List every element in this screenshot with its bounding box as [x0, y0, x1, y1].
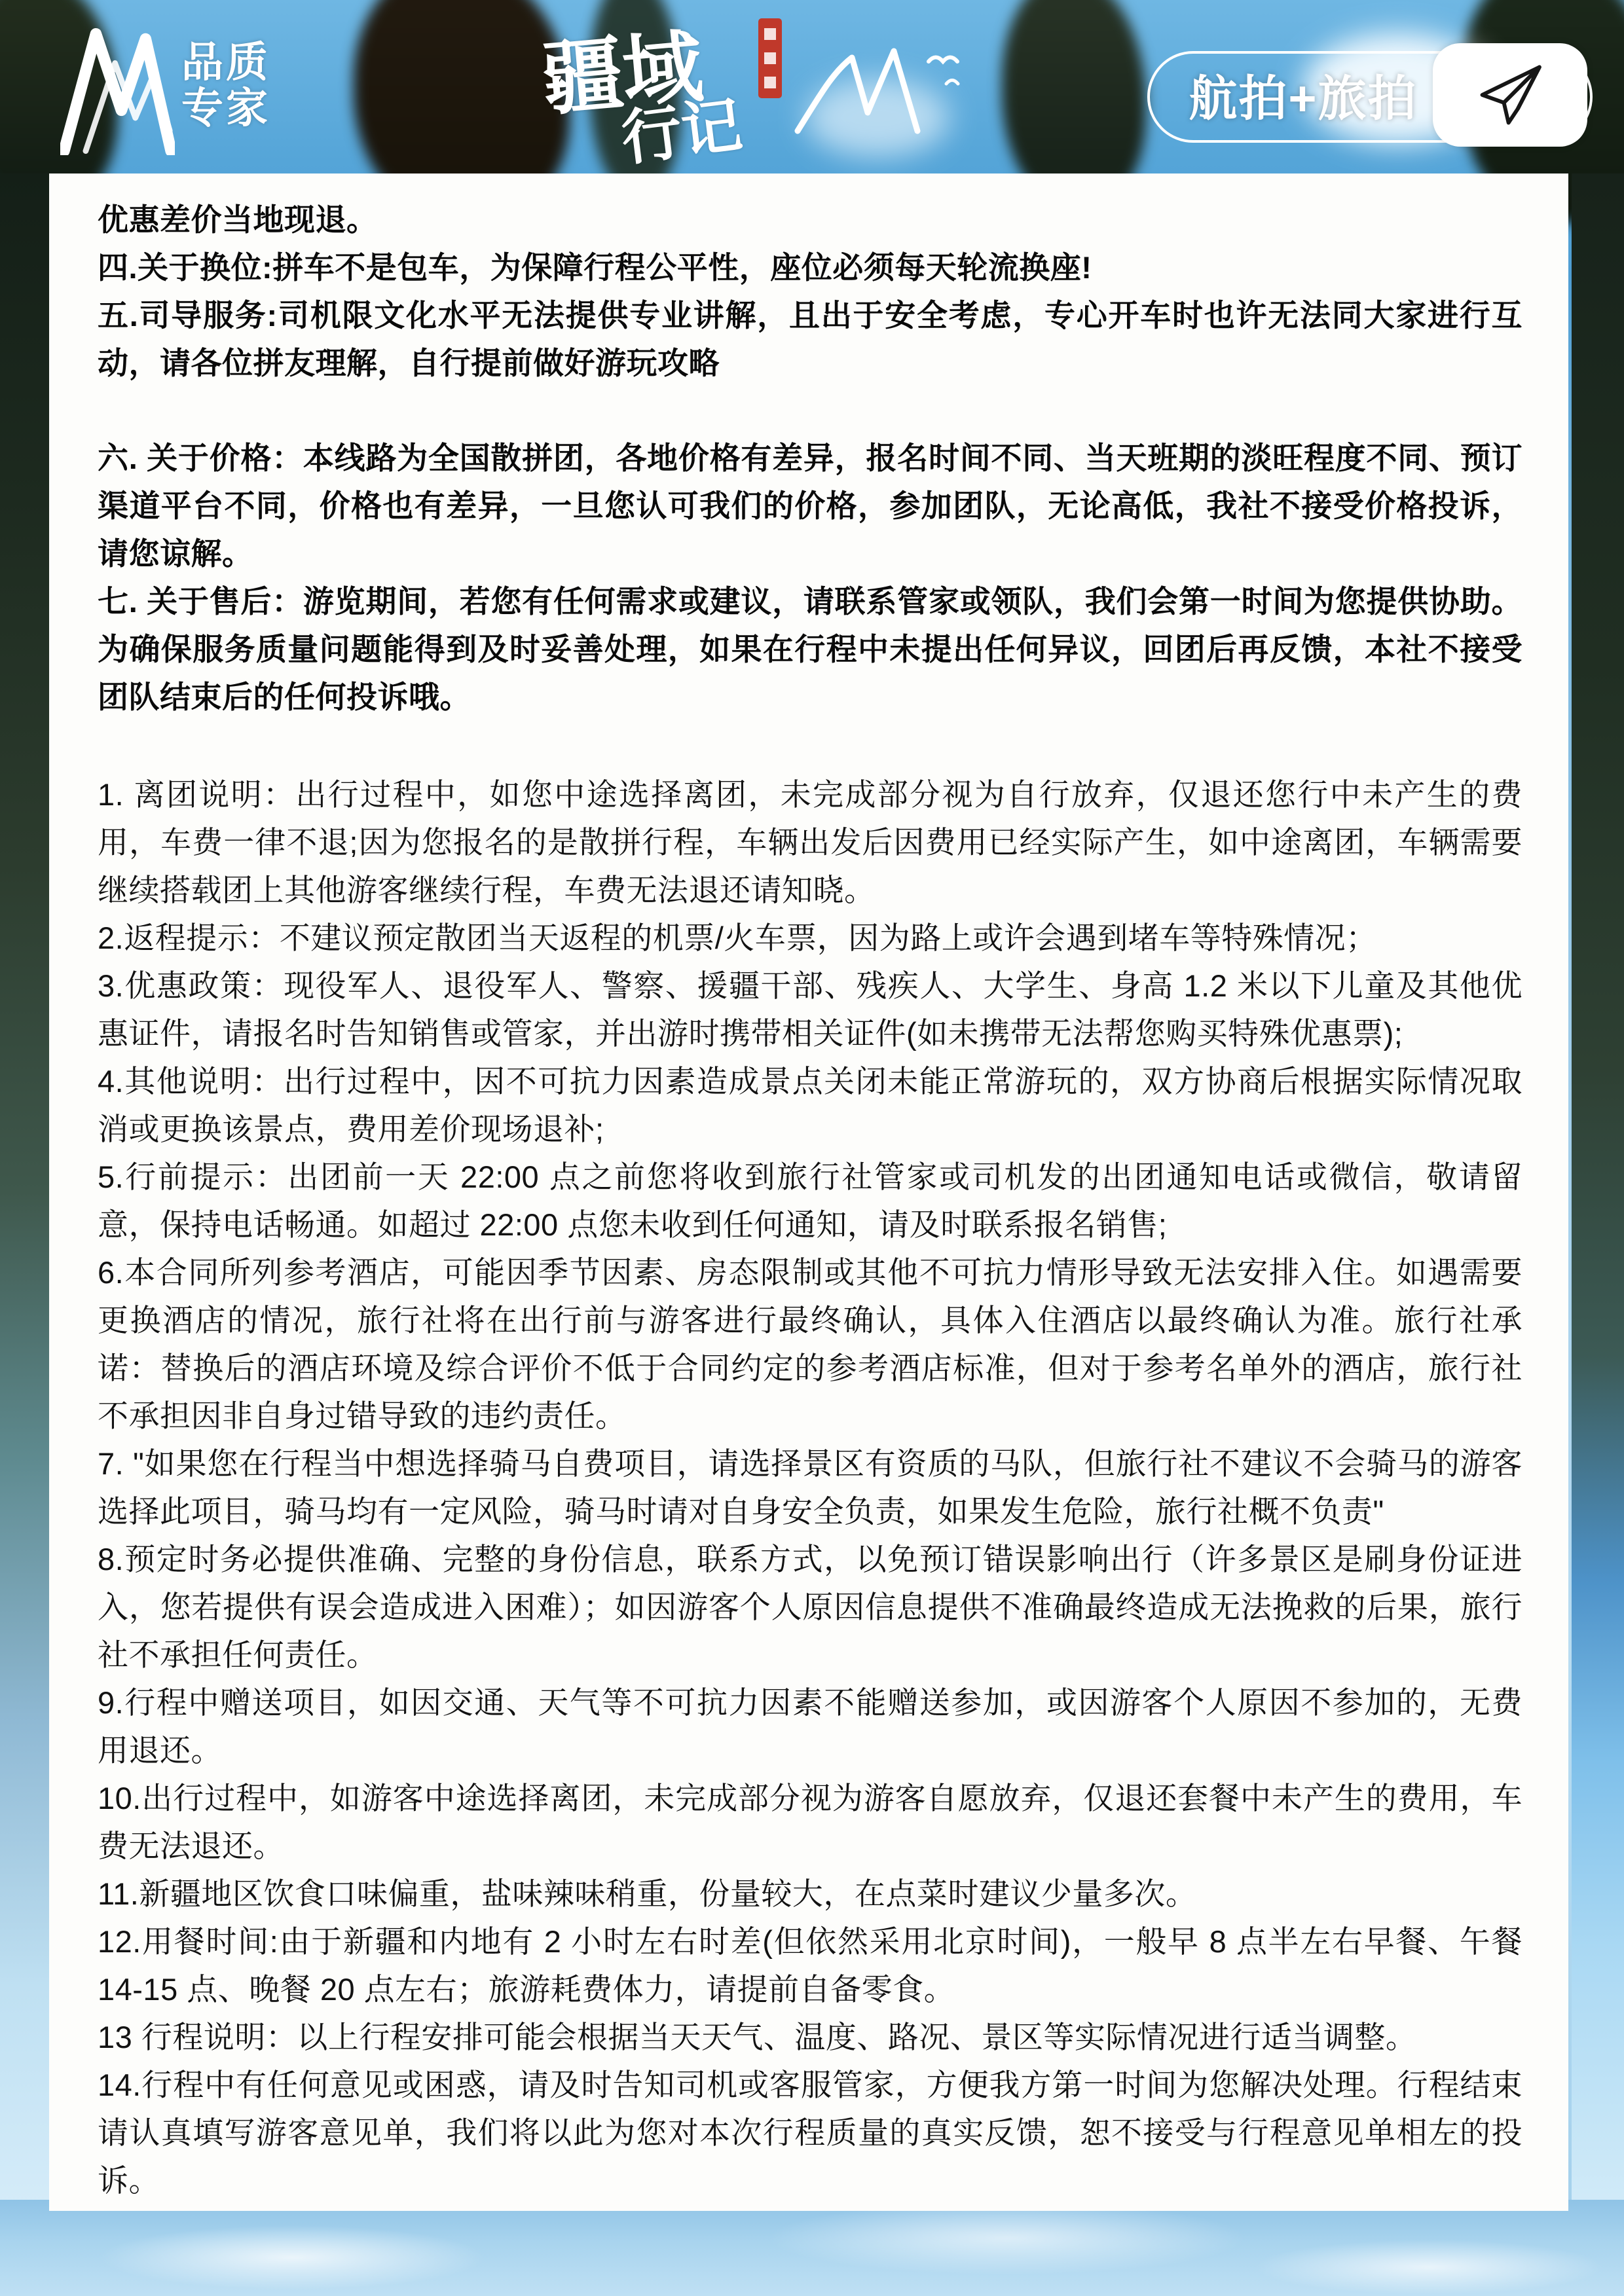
terms-paragraph: 13 行程说明：以上行程安排可能会根据当天天气、温度、路况、景区等实际情况进行适… — [98, 2013, 1522, 2061]
calligraphy-logo: 疆域 行记 — [542, 7, 1001, 164]
terms-paragraph: 8.预定时务必提供准确、完整的身份信息，联系方式，以免预订错误影响出行（许多景区… — [98, 1535, 1522, 1679]
document-content: 优惠差价当地现退。四.关于换位:拼车不是包车，为保障行程公平性，座位必须每天轮流… — [49, 173, 1568, 2211]
terms-paragraph: 14.行程中有任何意见或困惑，请及时告知司机或客服管家，方便我方第一时间为您解决… — [98, 2061, 1522, 2204]
notice-paragraph: 七. 关于售后：游览期间，若您有任何需求或建议，请联系管家或领队，我们会第一时间… — [98, 577, 1522, 721]
terms-paragraph: 4.其他说明：出行过程中，因不可抗力因素造成景点关闭未能正常游玩的，双方协商后根… — [98, 1057, 1522, 1153]
mountain-peaks-icon — [60, 14, 175, 155]
red-seal-stamp — [758, 18, 782, 98]
notice-paragraph: 优惠差价当地现退。 — [98, 196, 1522, 244]
terms-paragraph: 7. "如果您在行程当中想选择骑马自费项目，请选择景区有资质的马队，但旅行社不建… — [98, 1440, 1522, 1535]
terms-paragraph: 11.新疆地区饮食口味偏重，盐味辣味稍重，份量较大，在点菜时建议少量多次。 — [98, 1870, 1522, 1918]
quality-expert-logo: 品质 专家 — [60, 14, 270, 155]
terms-paragraph: 6.本合同所列参考酒店，可能因季节因素、房态限制或其他不可抗力情形导致无法安排入… — [98, 1248, 1522, 1440]
terms-paragraph: 3.优惠政策：现役军人、退役军人、警察、援疆干部、残疾人、大学生、身高 1.2 … — [98, 962, 1522, 1057]
brand2-bottom-characters: 行记 — [616, 77, 747, 177]
notice-paragraph: 四.关于换位:拼车不是包车，为保障行程公平性，座位必须每天轮流换座! — [98, 244, 1522, 291]
photo-bottom-snow — [0, 2200, 1624, 2296]
mountain-strokes-icon — [794, 33, 991, 137]
notice-section-bold-a: 优惠差价当地现退。四.关于换位:拼车不是包车，为保障行程公平性，座位必须每天轮流… — [98, 196, 1522, 387]
terms-paragraph: 10.出行过程中，如游客中途选择离团，未完成部分视为游客自愿放弃，仅退还套餐中未… — [98, 1774, 1522, 1870]
terms-paragraph: 1. 离团说明：出行过程中，如您中途选择离团，未完成部分视为自行放弃，仅退还您行… — [98, 771, 1522, 914]
brand1-line1: 品质 — [181, 39, 270, 85]
photo-left-strip — [0, 173, 52, 2211]
document-card: 优惠差价当地现退。四.关于换位:拼车不是包车，为保障行程公平性，座位必须每天轮流… — [49, 173, 1568, 2211]
brand1-line2: 专家 — [181, 85, 270, 131]
notice-paragraph: 六. 关于价格：本线路为全国散拼团，各地价格有差异，报名时间不同、当天班期的淡旺… — [98, 434, 1522, 577]
terms-list: 1. 离团说明：出行过程中，如您中途选择离团，未完成部分视为自行放弃，仅退还您行… — [98, 771, 1522, 2204]
travel-itinerary-page: 品质 专家 疆域 行记 航拍+旅拍 优惠差价当地现退。四.关于换位: — [0, 0, 1624, 2296]
paper-plane-button — [1433, 43, 1587, 147]
terms-paragraph: 2.返程提示：不建议预定散团当天返程的机票/火车票，因为路上或许会遇到堵车等特殊… — [98, 914, 1522, 962]
photo-service-badge: 航拍+旅拍 — [1147, 46, 1594, 144]
notice-section-bold-b: 六. 关于价格：本线路为全国散拼团，各地价格有差异，报名时间不同、当天班期的淡旺… — [98, 434, 1522, 721]
paper-plane-icon — [1471, 56, 1549, 134]
terms-paragraph: 9.行程中赠送项目，如因交通、天气等不可抗力因素不能赠送参加，或因游客个人原因不… — [98, 1679, 1522, 1774]
terms-paragraph: 12.用餐时间:由于新疆和内地有 2 小时左右时差(但依然采用北京时间)，一般早… — [98, 1918, 1522, 2013]
photo-right-strip — [1572, 173, 1624, 2211]
badge-label: 航拍+旅拍 — [1179, 60, 1428, 130]
notice-paragraph: 五.司导服务:司机限文化水平无法提供专业讲解，且出于安全考虑，专心开车时也许无法… — [98, 291, 1522, 387]
terms-paragraph: 5.行前提示：出团前一天 22:00 点之前您将收到旅行社管家或司机发的出团通知… — [98, 1153, 1522, 1248]
brand1-wordmark: 品质 专家 — [181, 39, 270, 131]
